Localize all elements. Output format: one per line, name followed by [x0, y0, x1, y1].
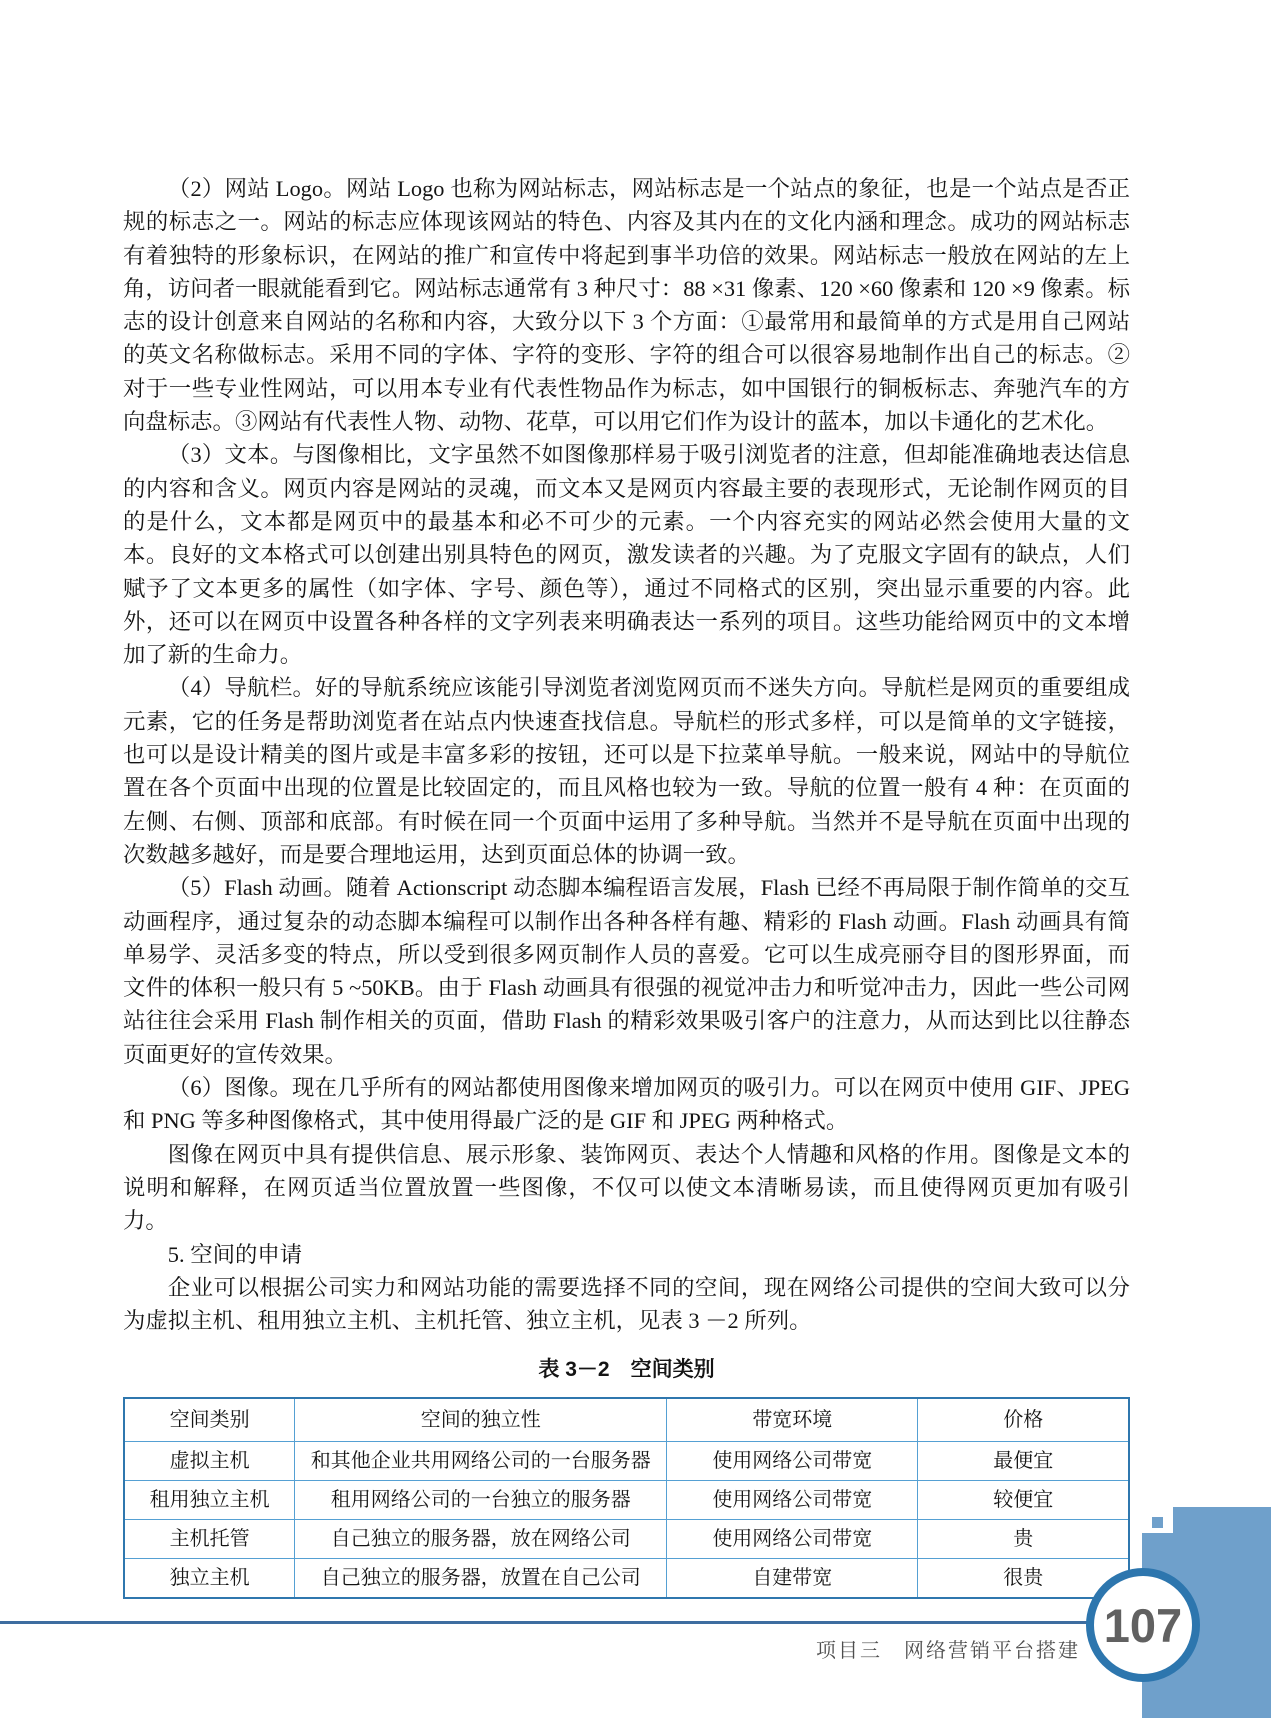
- textbook-page: （2）网站 Logo。网站 Logo 也称为网站标志，网站标志是一个站点的象征，…: [0, 0, 1275, 1718]
- paragraph-website-logo: （2）网站 Logo。网站 Logo 也称为网站标志，网站标志是一个站点的象征，…: [123, 172, 1130, 438]
- cell-category: 虚拟主机: [124, 1441, 295, 1480]
- paragraph-flash-animation: （5）Flash 动画。随着 Actionscript 动态脚本编程语言发展，F…: [123, 871, 1130, 1071]
- corner-decoration-pixel: [1152, 1517, 1163, 1528]
- cell-price: 贵: [918, 1519, 1129, 1558]
- cell-price: 较便宜: [918, 1480, 1129, 1519]
- table-row: 虚拟主机 和其他企业共用网络公司的一台服务器 使用网络公司带宽 最便宜: [124, 1441, 1129, 1480]
- header-bandwidth: 带宽环境: [667, 1398, 918, 1442]
- table-row: 租用独立主机 租用网络公司的一台独立的服务器 使用网络公司带宽 较便宜: [124, 1480, 1129, 1519]
- page-number: 107: [1104, 1598, 1182, 1653]
- cell-bandwidth: 使用网络公司带宽: [667, 1519, 918, 1558]
- space-category-table: 空间类别 空间的独立性 带宽环境 价格 虚拟主机 和其他企业共用网络公司的一台服…: [123, 1397, 1130, 1599]
- cell-category: 租用独立主机: [124, 1480, 295, 1519]
- page-number-badge: 107: [1086, 1568, 1200, 1682]
- paragraph-space-intro: 企业可以根据公司实力和网站功能的需要选择不同的空间，现在网络公司提供的空间大致可…: [123, 1271, 1130, 1338]
- table-row: 主机托管 自己独立的服务器，放在网络公司 使用网络公司带宽 贵: [124, 1519, 1129, 1558]
- cell-independence: 自己独立的服务器，放在网络公司: [295, 1519, 667, 1558]
- footer-chapter-title: 项目三 网络营销平台搭建: [0, 1634, 1080, 1663]
- cell-price: 最便宜: [918, 1441, 1129, 1480]
- paragraph-text-element: （3）文本。与图像相比，文字虽然不如图像那样易于吸引浏览者的注意，但却能准确地表…: [123, 438, 1130, 671]
- cell-bandwidth: 使用网络公司带宽: [667, 1441, 918, 1480]
- paragraph-images-role: 图像在网页中具有提供信息、展示形象、装饰网页、表达个人情趣和风格的作用。图像是文…: [123, 1138, 1130, 1238]
- footer-rule: [0, 1621, 1091, 1624]
- cell-category: 主机托管: [124, 1519, 295, 1558]
- cell-independence: 和其他企业共用网络公司的一台服务器: [295, 1441, 667, 1480]
- cell-bandwidth: 使用网络公司带宽: [667, 1480, 918, 1519]
- table-row: 独立主机 自己独立的服务器，放置在自己公司 自建带宽 很贵: [124, 1558, 1129, 1598]
- header-independence: 空间的独立性: [295, 1398, 667, 1442]
- table-header-row: 空间类别 空间的独立性 带宽环境 价格: [124, 1398, 1129, 1442]
- cell-independence: 租用网络公司的一台独立的服务器: [295, 1480, 667, 1519]
- cell-bandwidth: 自建带宽: [667, 1558, 918, 1598]
- header-space-category: 空间类别: [124, 1398, 295, 1442]
- paragraph-images-formats: （6）图像。现在几乎所有的网站都使用图像来增加网页的吸引力。可以在网页中使用 G…: [123, 1071, 1130, 1138]
- cell-independence: 自己独立的服务器，放置在自己公司: [295, 1558, 667, 1598]
- header-price: 价格: [918, 1398, 1129, 1442]
- paragraph-nav-bar: （4）导航栏。好的导航系统应该能引导浏览者浏览网页而不迷失方向。导航栏是网页的重…: [123, 671, 1130, 871]
- corner-decoration-step: [1173, 1507, 1271, 1534]
- body-text-column: （2）网站 Logo。网站 Logo 也称为网站标志，网站标志是一个站点的象征，…: [123, 172, 1130, 1599]
- section-heading-space-application: 5. 空间的申请: [123, 1238, 1130, 1271]
- cell-category: 独立主机: [124, 1558, 295, 1598]
- table-caption: 表 3－2 空间类别: [123, 1353, 1130, 1386]
